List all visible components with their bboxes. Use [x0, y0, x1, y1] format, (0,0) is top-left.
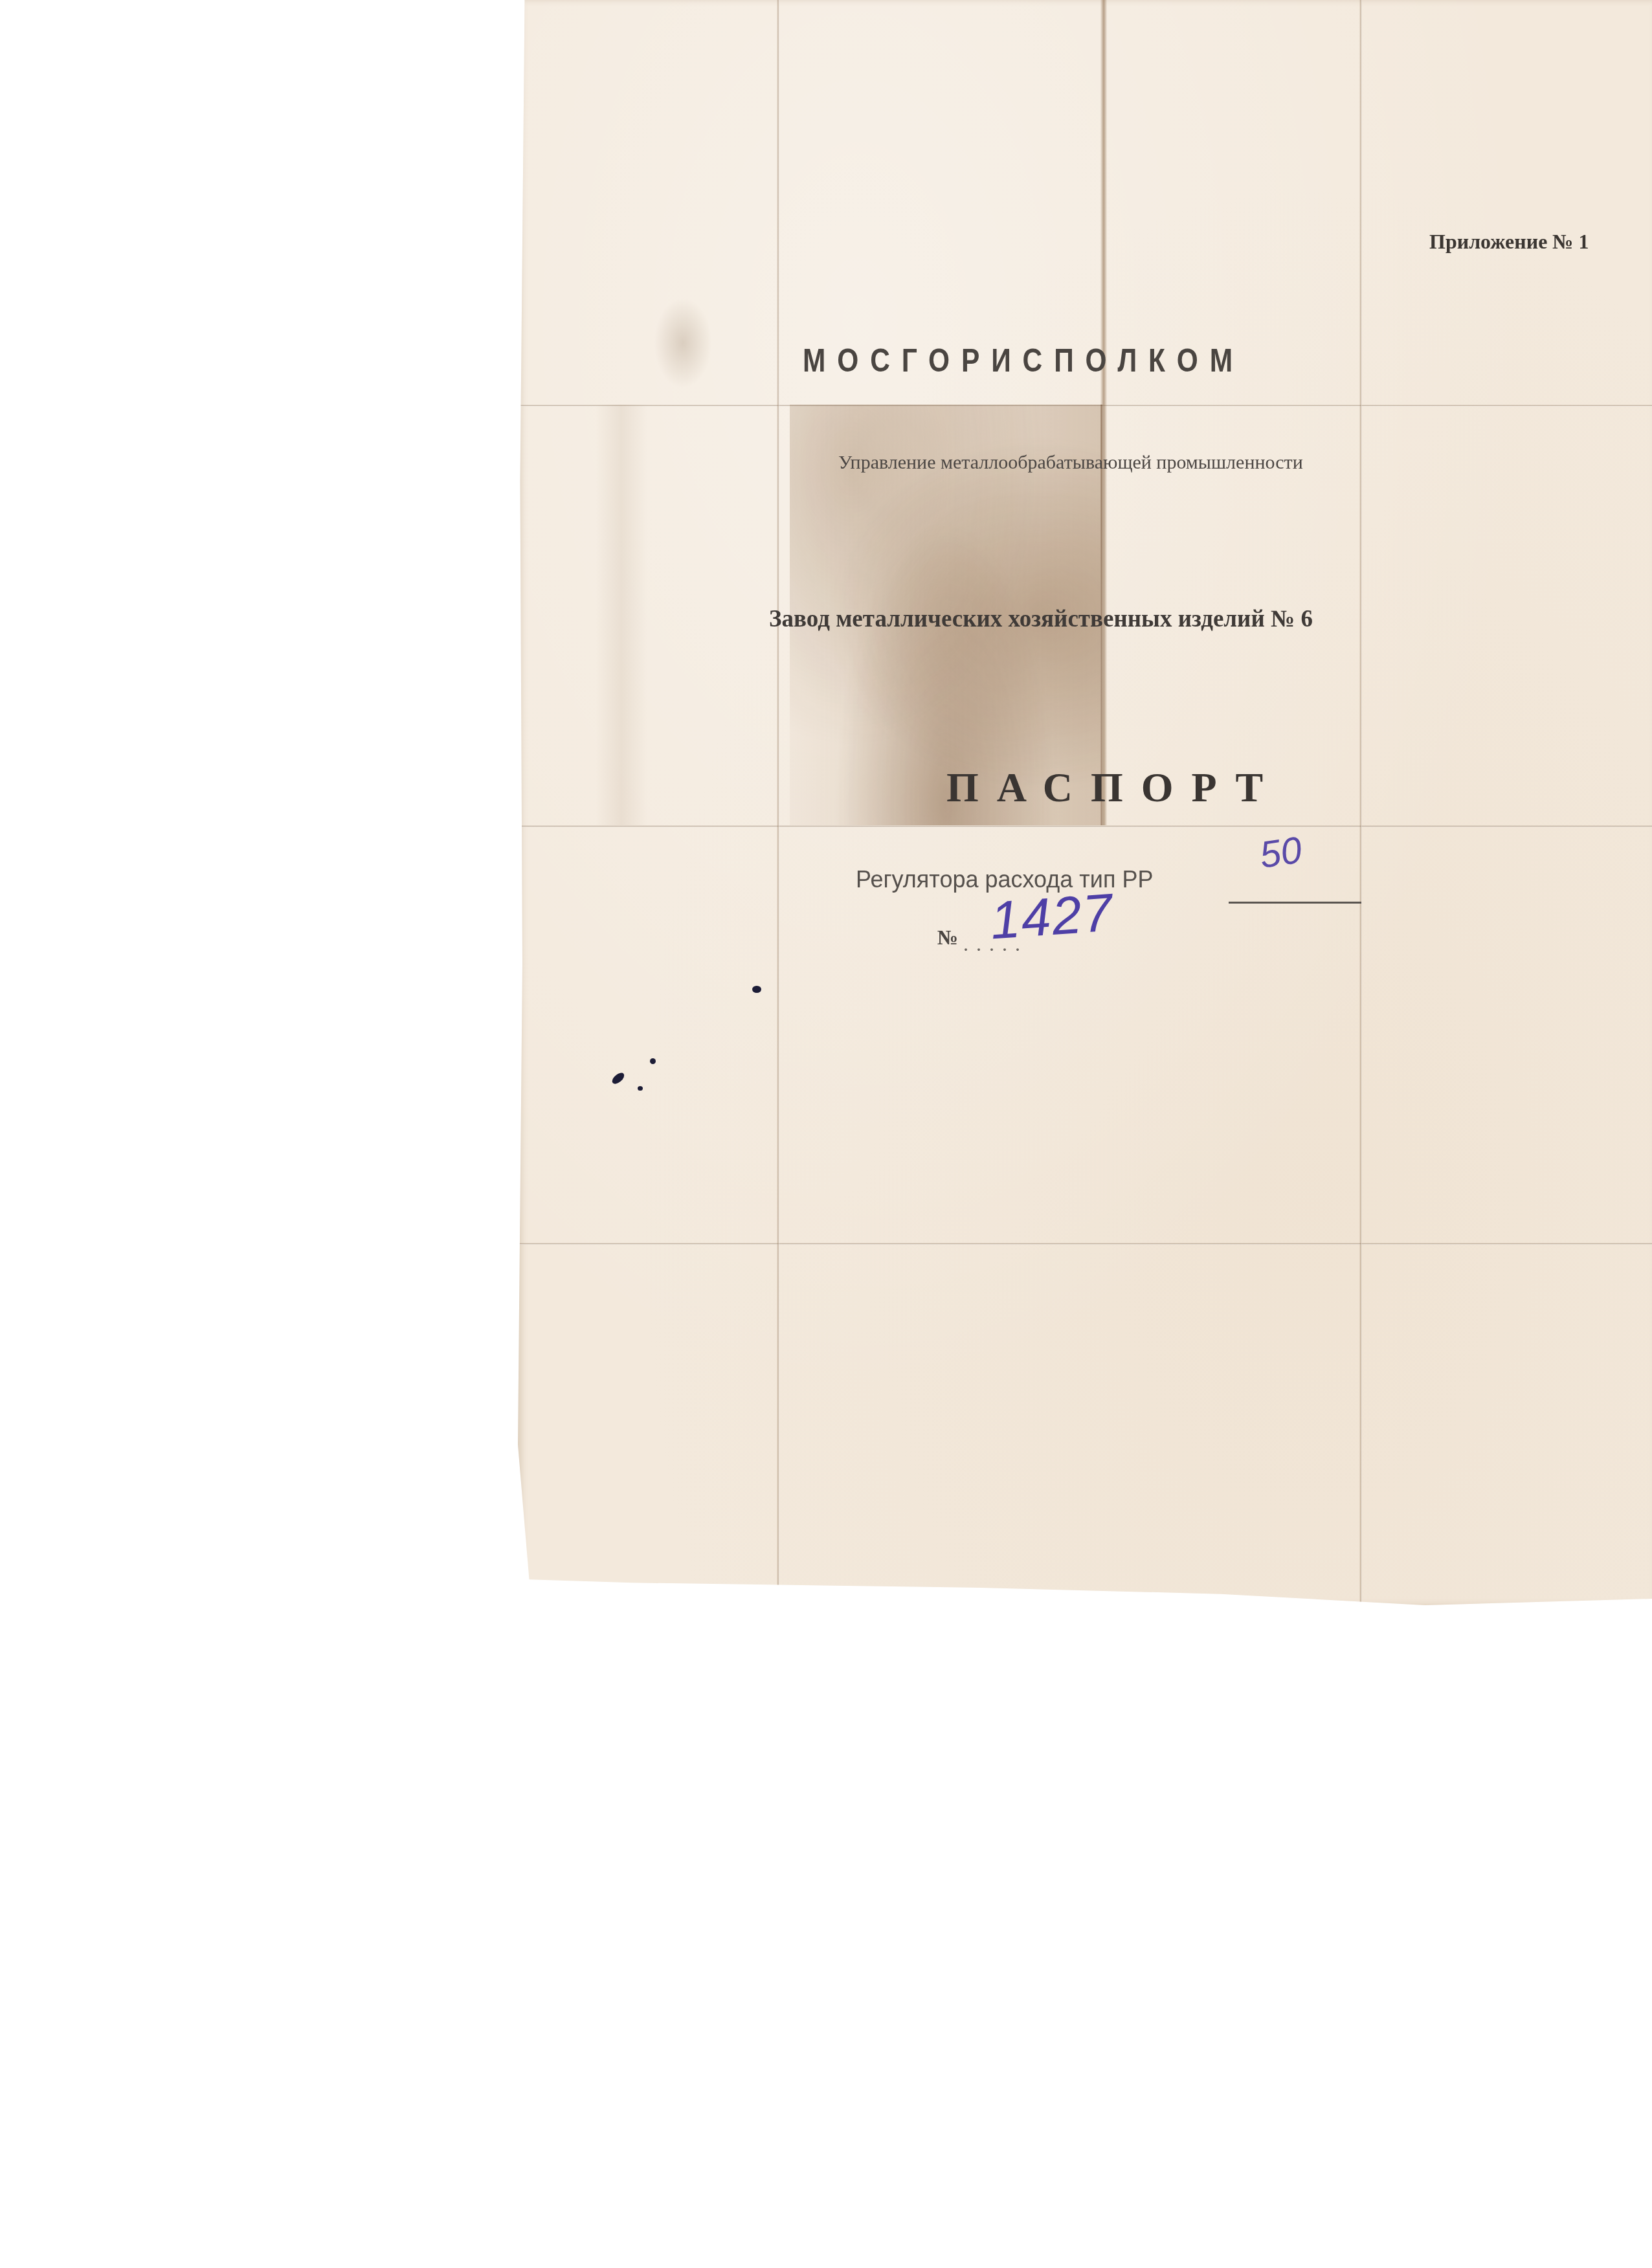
horizontal-fold-2: [518, 825, 1652, 827]
serial-number-label: №: [937, 926, 958, 950]
factory-line: Завод металлических хозяйственных издели…: [769, 605, 1313, 633]
horizontal-fold-3: [518, 1243, 1652, 1245]
smudge: [654, 298, 712, 388]
organization-heading: МОСГОРИСПОЛКОМ: [803, 342, 1244, 379]
ink-spot: [650, 1058, 656, 1064]
type-blank-line: [1229, 902, 1361, 904]
department-line: Управление металлообрабатывающей промышл…: [838, 452, 1303, 474]
ink-spot: [638, 1086, 643, 1091]
document-title: ПАСПОРТ: [946, 764, 1281, 812]
vertical-fold-left: [777, 0, 779, 1605]
faint-stain: [596, 405, 647, 825]
appendix-label: Приложение № 1: [1429, 230, 1589, 254]
vertical-fold-right: [1359, 0, 1362, 1605]
handwritten-serial-number: 1427: [988, 882, 1116, 951]
ink-spot: [752, 986, 761, 993]
